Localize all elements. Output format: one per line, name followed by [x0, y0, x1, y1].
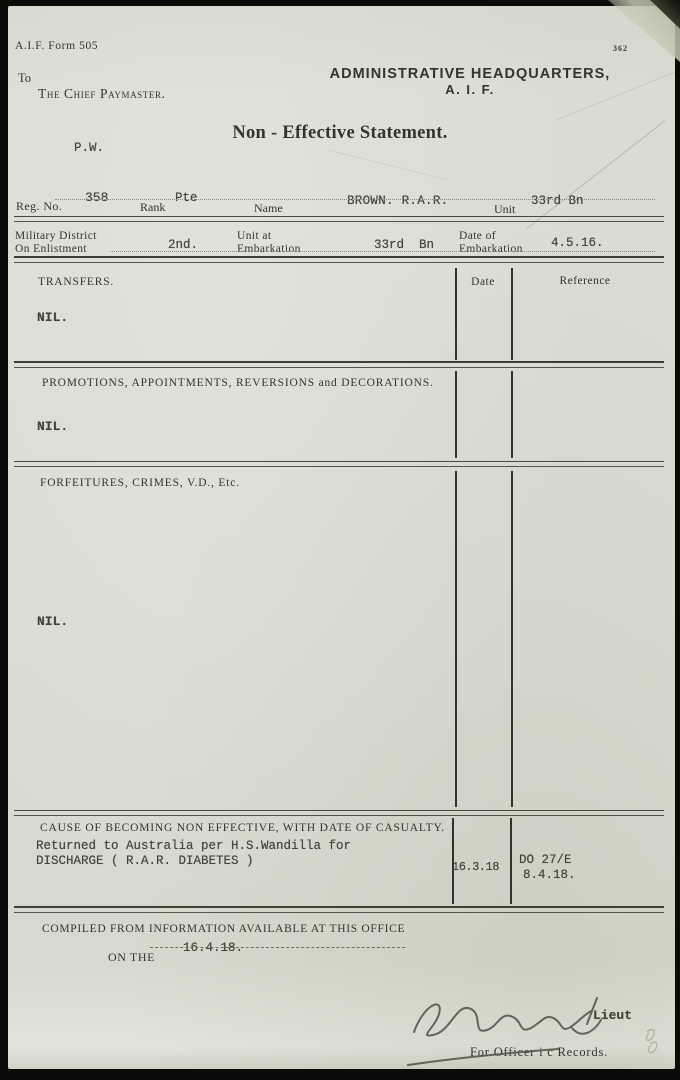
reference-column-header: Reference — [511, 275, 659, 287]
promotions-entry: NIL. — [37, 419, 68, 434]
form-number: A.I.F. Form 505 — [15, 40, 98, 52]
cause-heading: CAUSE OF BECOMING NON EFFECTIVE, WITH DA… — [40, 822, 445, 834]
forfeitures-entry: NIL. — [37, 614, 68, 629]
transfers-heading: TRANSFERS. — [38, 276, 114, 288]
fill-in-line — [55, 199, 655, 200]
compiled-date-value: 16.4.18. — [183, 941, 243, 955]
rank-value: Pte — [175, 191, 198, 205]
signature-rank: Lieut — [593, 1008, 632, 1023]
to-label: To — [18, 71, 31, 86]
date-of-embarkation-value: 4.5.16. — [551, 236, 604, 250]
scanned-form-page: { "header": { "form_no": "A.I.F. Form 50… — [0, 0, 680, 1080]
fill-in-line — [150, 947, 405, 948]
column-divider — [455, 371, 457, 458]
section-divider — [14, 256, 664, 263]
column-divider — [455, 471, 457, 807]
unit-label: Unit — [494, 202, 515, 217]
cause-entry-line2: DISCHARGE ( R.A.R. DIABETES ) — [36, 854, 254, 868]
compiled-statement: COMPILED FROM INFORMATION AVAILABLE AT T… — [42, 923, 405, 935]
unit-value: 33rd Bn — [531, 194, 584, 208]
cause-reference-line1: DO 27/E — [519, 853, 572, 867]
page-number: 362 — [613, 44, 628, 53]
reg-no-value: 358 — [85, 190, 108, 205]
military-district-value: 2nd. — [168, 238, 198, 252]
transfers-entry: NIL. — [37, 310, 68, 325]
unit-at-embarkation-label: Unit at Embarkation — [237, 230, 301, 256]
cause-reference-line2: 8.4.18. — [523, 868, 576, 882]
org-name-line1: ADMINISTRATIVE HEADQUARTERS, — [290, 66, 650, 82]
signature-caption: For Officer i c Records. — [470, 1045, 608, 1060]
name-value: BROWN. R.A.R. — [347, 194, 448, 208]
column-divider — [511, 471, 513, 807]
forfeitures-heading: FORFEITURES, CRIMES, V.D., Etc. — [40, 477, 240, 489]
section-divider — [14, 216, 664, 222]
on-the-label: ON THE — [108, 950, 155, 965]
org-name-line2: A. I. F. — [290, 82, 650, 97]
fill-in-line — [110, 251, 655, 252]
column-divider — [511, 371, 513, 458]
addressee: The Chief Paymaster. — [38, 86, 166, 102]
date-of-embarkation-label: Date of Embarkation — [459, 230, 523, 256]
promotions-heading: PROMOTIONS, APPOINTMENTS, REVERSIONS and… — [42, 377, 434, 389]
name-label: Name — [254, 201, 283, 216]
cause-entry-line1: Returned to Australia per H.S.Wandilla f… — [36, 839, 351, 853]
date-column-header: Date — [455, 276, 511, 288]
section-divider — [14, 461, 664, 467]
military-district-label: Military District On Enlistment — [15, 230, 97, 256]
unit-at-embarkation-value: 33rd Bn — [374, 238, 434, 252]
section-divider — [14, 906, 664, 913]
column-divider — [510, 818, 512, 904]
section-divider — [14, 361, 664, 368]
reg-no-label: Reg. No. — [16, 199, 62, 214]
section-divider — [14, 810, 664, 816]
rank-label: Rank — [140, 200, 165, 215]
cause-date-value: 16.3.18 — [452, 860, 499, 874]
form-title: Non - Effective Statement. — [160, 123, 520, 144]
pw-note: P.W. — [74, 141, 104, 155]
